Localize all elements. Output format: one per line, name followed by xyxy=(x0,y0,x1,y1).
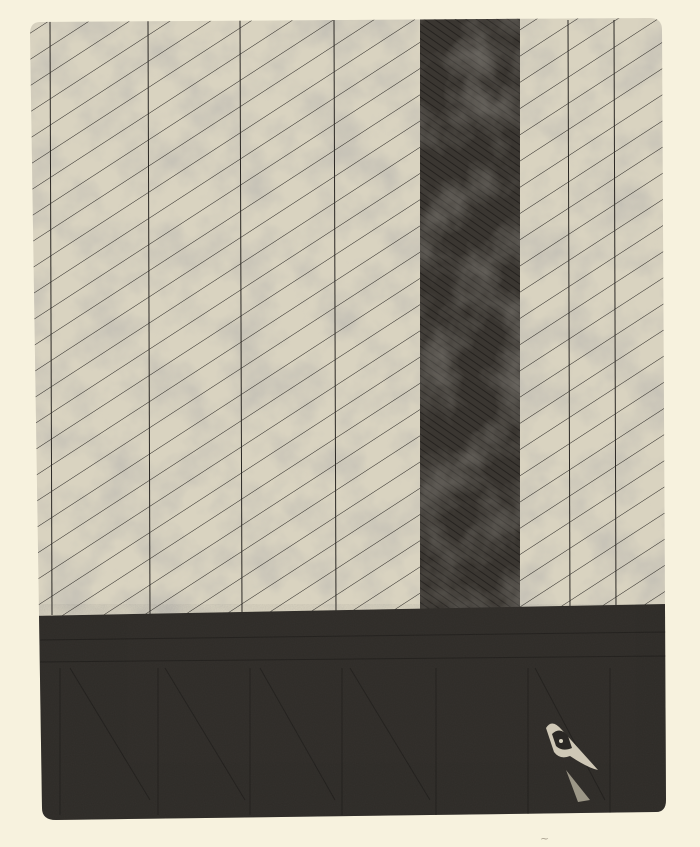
signature: ~ xyxy=(540,832,549,845)
paper-background: ~ xyxy=(0,0,700,847)
etching-plate xyxy=(0,0,700,847)
